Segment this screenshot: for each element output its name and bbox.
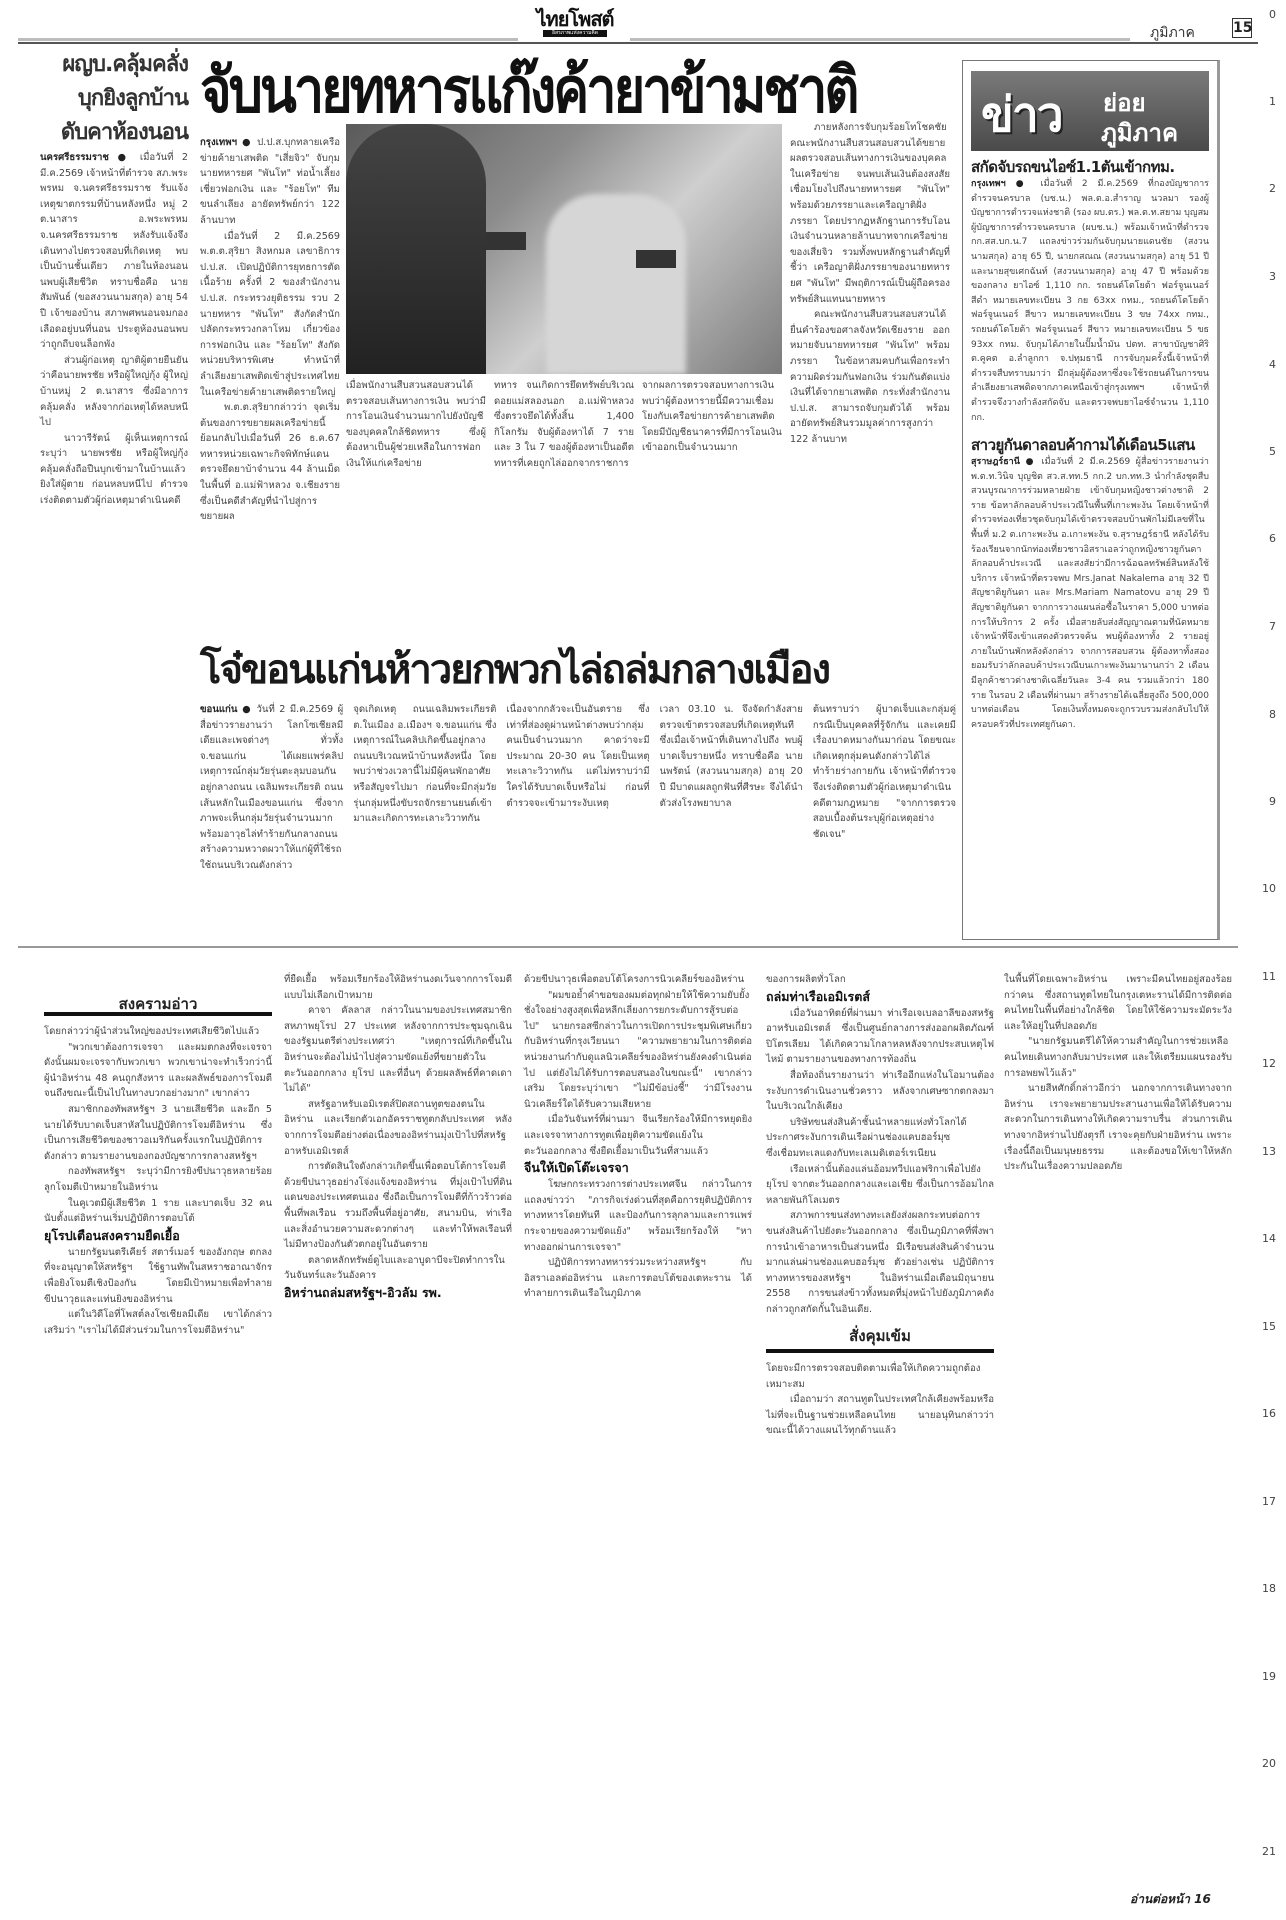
paragraph: เมื่อวันที่ 2 มี.ค.2569 เจ้าหน้าที่ตำรวจ… xyxy=(40,152,188,350)
paragraph: สหรัฐอาหรับเอมิเรตส์ปิดสถานทูตของตนในอิห… xyxy=(284,1097,512,1159)
paragraph: ปฏิบัติการทางทหารร่วมระหว่างสหรัฐฯ กับอิ… xyxy=(524,1255,752,1302)
paragraph: "พวกเขาต้องการเจรจา และผมตกลงที่จะเจรจา … xyxy=(44,1040,272,1102)
paragraph: เวลา 03.10 น. จึงจัดกำลังสายตรวจเข้าตรวจ… xyxy=(660,702,803,811)
row-marker: 18 xyxy=(1262,1582,1276,1595)
header-rule-right xyxy=(630,38,1130,41)
paragraph: สื่อท้องถิ่นรายงานว่า ท่าเรืออีกแห่งในโอ… xyxy=(766,1068,994,1115)
logo-name: ไทยโพสต์ xyxy=(535,8,615,30)
subheading: จีนให้เปิดโต๊ะเจรจา xyxy=(524,1159,752,1177)
paragraph: ส่วนผู้ก่อเหตุ ญาติผู้ตายยืนยันว่าคือนาย… xyxy=(40,353,188,431)
left-story-body: นครศรีธรรมราช ● เมื่อวันที่ 2 มี.ค.2569 … xyxy=(40,150,188,509)
row-marker: 14 xyxy=(1262,1232,1276,1245)
paragraph: นาวารีรัตน์ ผู้เห็นเหตุการณ์ ระบุว่า นาย… xyxy=(40,431,188,509)
paragraph: ทหาร จนเกิดการยึดทรัพย์บริเวณดอยแม่สลองน… xyxy=(494,378,634,472)
row-marker: 20 xyxy=(1262,1757,1276,1770)
row-marker: 16 xyxy=(1262,1407,1276,1420)
face-censor-bar xyxy=(486,232,526,250)
paragraph: นายสีหศักดิ์กล่าวอีกว่า นอกจากการเดินทาง… xyxy=(1004,1081,1232,1175)
second-story-columns: ขอนแก่น ● วันที่ 2 มี.ค.2569 ผู้สื่อข่าว… xyxy=(200,702,956,874)
paragraph: บริษัทขนส่งสินค้าชั้นนำหลายแห่งทั่วโลกได… xyxy=(766,1115,994,1146)
section-heading-rule xyxy=(766,1349,994,1353)
row-marker: 15 xyxy=(1262,1320,1276,1333)
paragraph: พ.ต.ต.สุริยากล่าวว่า จุดเริ่มต้นของการขย… xyxy=(200,400,340,525)
brief-headline: สาวยูกันดาลอบค้ากามได้เดือน5แสน xyxy=(971,435,1209,455)
row-marker: 1 xyxy=(1269,95,1276,108)
photo-suspect-figure xyxy=(546,194,686,374)
headline-line: บุกยิงลูกบ้าน xyxy=(40,82,188,116)
continued-on-page-link[interactable]: อ่านต่อหน้า 16 xyxy=(1130,1890,1211,1909)
banner-title: ข่าว xyxy=(981,77,1062,151)
banner-subtitle-2: ภูมิภาค xyxy=(1101,113,1178,151)
face-censor-bar xyxy=(636,250,676,268)
brief-body: สุราษฎร์ธานี ● เมื่อวันที่ 2 มี.ค.2569 ผ… xyxy=(971,455,1209,732)
row-marker: 11 xyxy=(1262,970,1276,983)
row-marker: 9 xyxy=(1269,795,1276,808)
paragraph: เมื่อพนักงานสืบสวนสอบสวนได้ตรวจสอบเส้นทา… xyxy=(346,378,486,472)
row-marker: 5 xyxy=(1269,445,1276,458)
paragraph: โดยจะมีการตรวจสอบติดตามเพื่อให้เกิดความถ… xyxy=(766,1361,994,1392)
bottom-column-4: ของการผลิตทั่วโลก ถล่มท่าเรือเอมิเรตส์ เ… xyxy=(766,972,994,1439)
brief-text: เมื่อวันที่ 2 มี.ค.2569 ผู้สื่อข่าวรายงา… xyxy=(971,457,1209,730)
main-story-columns: เมื่อพนักงานสืบสวนสอบสวนได้ตรวจสอบเส้นทา… xyxy=(346,378,782,472)
paragraph: ของการผลิตทั่วโลก xyxy=(766,972,994,988)
paragraph: ในคูเวตมีผู้เสียชีวิต 1 ราย และบาดเจ็บ 3… xyxy=(44,1196,272,1227)
bottom-column-3: ด้วยขีปนาวุธเพื่อตอบโต้โครงการนิวเคลียร์… xyxy=(524,972,752,1302)
row-marker: 3 xyxy=(1269,270,1276,283)
second-headline: โจ๋ขอนแก่นห้าวยกพวกไล่ถล่มกลางเมือง xyxy=(200,644,960,696)
row-marker: 12 xyxy=(1262,1057,1276,1070)
photo-officer-figure xyxy=(346,124,486,374)
paragraph: แต่ในวิดีโอที่โพสต์ลงโซเชียลมีเดีย เขาได… xyxy=(44,1307,272,1338)
paragraph: จุดเกิดเหตุ ถนนเฉลิมพระเกียรติ ต.ในเมือง… xyxy=(353,702,496,827)
paragraph: ที่ยืดเยื้อ พร้อมเรียกร้องให้อิหร่านงดเว… xyxy=(284,972,512,1003)
paragraph: สมาชิกกองทัพสหรัฐฯ 3 นายเสียชีวิต และอีก… xyxy=(44,1102,272,1164)
subheading: ยุโรปเตือนสงครามยืดเยื้อ xyxy=(44,1227,272,1245)
lede-text: ป.ป.ส.บุกทลายเครือข่ายค้ายาเสพติด "เสี่ย… xyxy=(200,137,340,226)
paragraph: ด้วยขีปนาวุธเพื่อตอบโต้โครงการนิวเคลียร์… xyxy=(524,972,752,988)
paragraph: เมื่อถามว่า สถานทูตในประเทศใกล้เคียงพร้อ… xyxy=(766,1392,994,1439)
section-heading-2: สั่งคุมเข้ม xyxy=(766,1329,994,1345)
subheading: ถล่มท่าเรือเอมิเรตส์ xyxy=(766,988,994,1006)
section-heading-rule xyxy=(44,1012,272,1016)
main-story-lede: กรุงเทพฯ ● ป.ป.ส.บุกทลายเครือข่ายค้ายาเส… xyxy=(200,135,340,525)
row-marker: 10 xyxy=(1262,882,1276,895)
row-marker: 0 xyxy=(1269,8,1276,21)
brief-body: กรุงเทพฯ ● เมื่อวันที่ 2 มี.ค.2569 ที่กอ… xyxy=(971,177,1209,425)
row-marker: 13 xyxy=(1262,1145,1276,1158)
row-marker: 8 xyxy=(1269,708,1276,721)
row-marker: 6 xyxy=(1269,532,1276,545)
main-story-right-column: ภายหลังการจับกุมร้อยโทโชคชัย คณะพนักงานส… xyxy=(790,120,950,447)
dateline: ขอนแก่น ● xyxy=(200,704,252,715)
paragraph: ซึ่งเชื่อมทะเลแดงกับทะเลเมดิเตอร์เรเนียน xyxy=(766,1146,994,1162)
paragraph: นายกรัฐมนตรีเคียร์ สตาร์เมอร์ ของอังกฤษ … xyxy=(44,1245,272,1307)
subheading: อิหร่านถล่มสหรัฐฯ-อิวลัม รพ. xyxy=(284,1284,512,1302)
regional-briefs-box: ข่าว ย่อย ภูมิภาค สกัดจับรถขนไอซ์1.1ตันเ… xyxy=(962,60,1220,940)
dateline: นครศรีธรรมราช ● xyxy=(40,152,131,163)
paragraph: โฆษกกระทรวงการต่างประเทศจีน กล่าวในการแถ… xyxy=(524,1177,752,1255)
brief-headline: สกัดจับรถขนไอซ์1.1ตันเข้ากทม. xyxy=(971,157,1209,177)
paragraph: สภาพการขนส่งทางทะเลยังส่งผลกระทบต่อการขน… xyxy=(766,1208,994,1317)
paragraph: คาจา คัลลาส กล่าวในนามของประเทศสมาชิกสหภ… xyxy=(284,1003,512,1097)
briefs-banner: ข่าว ย่อย ภูมิภาค xyxy=(971,71,1209,151)
row-marker: 4 xyxy=(1269,358,1276,371)
row-marker: 19 xyxy=(1262,1670,1276,1683)
dateline: สุราษฎร์ธานี ● xyxy=(971,457,1036,467)
paragraph: ต้นทราบว่า ผู้บาดเจ็บและกลุ่มคู่กรณีเป็น… xyxy=(813,702,956,842)
paragraph: "นายกรัฐมนตรีได้ให้ความสำคัญในการช่วยเหล… xyxy=(1004,1034,1232,1081)
paragraph: วันที่ 2 มี.ค.2569 ผู้สื่อข่าวรายงานว่า … xyxy=(200,704,343,871)
bottom-column-1: โดยกล่าวว่าผู้นำส่วนใหญ่ของประเทศเสียชีว… xyxy=(44,1024,272,1338)
header-rule-left xyxy=(18,38,518,41)
masthead: ไทยโพสต์ อิสรภาพแห่งความคิด ภูมิภาค 15 xyxy=(0,0,1240,48)
paragraph: เมื่อวันที่ 2 มี.ค.2569 พ.ต.ต.สุริยา สิง… xyxy=(200,229,340,401)
main-story-photo xyxy=(346,124,782,374)
brief-text: เมื่อวันที่ 2 มี.ค.2569 ที่กองบัญชาการตำ… xyxy=(971,179,1209,423)
paragraph: ตลาดหลักทรัพย์ดูไบและอาบูดาบีจะปิดทำการใ… xyxy=(284,1253,512,1284)
newspaper-logo: ไทยโพสต์ อิสรภาพแห่งความคิด xyxy=(535,8,615,42)
section-label: ภูมิภาค xyxy=(1150,22,1195,44)
paragraph: เรือเหล่านั้นต้องแล่นอ้อมทวีปแอฟริกาเพื่… xyxy=(766,1162,994,1209)
header-rule xyxy=(18,42,1258,44)
dateline: กรุงเทพฯ ● xyxy=(971,179,1031,189)
paragraph: เมื่อวันจันทร์ที่ผ่านมา จีนเรียกร้องให้ม… xyxy=(524,1112,752,1159)
bottom-column-2: ที่ยืดเยื้อ พร้อมเรียกร้องให้อิหร่านงดเว… xyxy=(284,972,512,1302)
paragraph: ในพื้นที่โดยเฉพาะอิหร่าน เพราะมีคนไทยอยู… xyxy=(1004,972,1232,1034)
paragraph: จากผลการตรวจสอบทางการเงิน พบว่าผู้ต้องหา… xyxy=(642,378,782,456)
paragraph: กองทัพสหรัฐฯ ระบุว่ามีการยิงขีปนาวุธหลาย… xyxy=(44,1164,272,1195)
row-marker: 7 xyxy=(1269,620,1276,633)
paragraph: โดยกล่าวว่าผู้นำส่วนใหญ่ของประเทศเสียชีว… xyxy=(44,1024,272,1040)
left-story-headline: ผญบ.คลุ้มคลั่ง บุกยิงลูกบ้าน ดับคาห้องนอ… xyxy=(40,48,188,150)
section-divider xyxy=(18,946,1238,948)
headline-line: ดับคาห้องนอน xyxy=(40,116,188,150)
paragraph: การตัดสินใจดังกล่าวเกิดขึ้นเพื่อตอบโต้กา… xyxy=(284,1159,512,1253)
bottom-column-5: ในพื้นที่โดยเฉพาะอิหร่าน เพราะมีคนไทยอยู… xyxy=(1004,972,1232,1175)
paragraph: คณะพนักงานสืบสวนสอบสวนได้ยื่นคำร้องขอศาล… xyxy=(790,307,950,447)
left-story: ผญบ.คลุ้มคลั่ง บุกยิงลูกบ้าน ดับคาห้องนอ… xyxy=(40,48,188,509)
paragraph: "ผมขอย้ำคำขอของผมต่อทุกฝ่ายให้ใช้ความยับ… xyxy=(524,988,752,1113)
row-markers: 0 1 2 3 4 5 6 7 8 9 10 11 12 13 14 15 16… xyxy=(1256,0,1276,1920)
logo-tagline: อิสรภาพแห่งความคิด xyxy=(543,30,607,37)
row-marker: 17 xyxy=(1262,1495,1276,1508)
row-marker: 2 xyxy=(1269,182,1276,195)
paragraph: ภายหลังการจับกุมร้อยโทโชคชัย คณะพนักงานส… xyxy=(790,120,950,307)
page-number: 15 xyxy=(1232,18,1252,38)
paragraph: เนื่องจากกลัวจะเป็นอันตราย ซึ่งเท่าที่ส่… xyxy=(506,702,649,811)
headline-line: ผญบ.คลุ้มคลั่ง xyxy=(40,48,188,82)
paragraph: เมื่อวันอาทิตย์ที่ผ่านมา ท่าเรือเจเบลอาล… xyxy=(766,1006,994,1068)
dateline: กรุงเทพฯ ● xyxy=(200,137,252,148)
row-marker: 21 xyxy=(1262,1845,1276,1858)
